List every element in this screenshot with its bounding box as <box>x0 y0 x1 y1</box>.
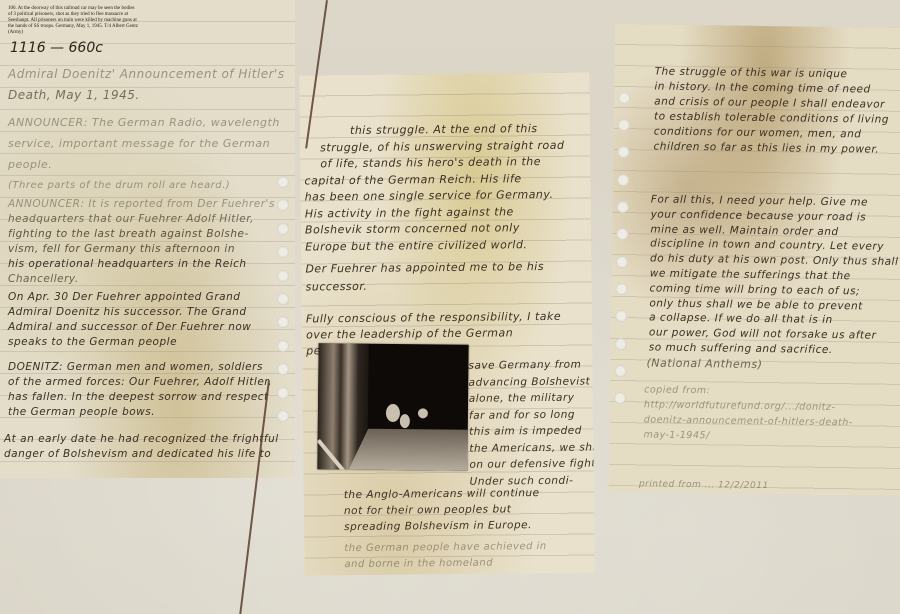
struggle-line: of life, stands his hero's death in the <box>320 154 564 173</box>
appointment-block: On Apr. 30 Der Fuehrer appointed Grand A… <box>8 290 251 350</box>
title-block: Admiral Doenitz' Announcement of Hitler'… <box>8 64 285 106</box>
photo-figure <box>386 404 400 422</box>
successor-block: Der Fuehrer has appointed me to be his s… <box>305 258 544 296</box>
announcer2-line: vism, fell for Germany this afternoon in <box>8 242 275 257</box>
beside-photo-line: alone, the military <box>469 389 595 407</box>
anthem-note: (National Anthems) <box>646 352 762 375</box>
early-date-line: danger of Bolshevism and dedicated his l… <box>4 447 279 462</box>
struggle-line: has been one single service for Germany. <box>305 187 565 206</box>
announcer2-line: headquarters that our Fuehrer Adolf Hitl… <box>8 212 275 227</box>
right-struggle-line: children so far as this lies in my power… <box>653 139 888 157</box>
beside-photo-line: far and for so long <box>469 406 595 424</box>
binding-hole <box>277 246 289 258</box>
beside-photo-line: advancing Bolshevist <box>469 373 595 391</box>
binding-hole <box>615 338 627 350</box>
beside-photo-block: save Germany from advancing Bolshevist a… <box>468 356 594 489</box>
binding-hole <box>617 146 629 158</box>
doenitz-line: DOENITZ: German men and women, soldiers <box>8 360 272 375</box>
binding-hole <box>617 174 629 186</box>
stage-direction-text: (Three parts of the drum roll are heard.… <box>8 175 230 196</box>
photo-floor <box>347 429 469 471</box>
announcer-block: ANNOUNCER: The German Radio, wavelength … <box>8 112 280 175</box>
closing-block: the German people have achieved in and b… <box>344 539 547 573</box>
binding-holes <box>614 64 633 432</box>
beside-photo-line: save Germany from <box>468 356 594 374</box>
binding-hole <box>614 365 626 377</box>
announcer-line: service, important message for the Germa… <box>8 133 280 154</box>
stage-direction: (Three parts of the drum roll are heard.… <box>8 175 230 196</box>
catalog-number: 1116 — 660c <box>10 40 103 56</box>
help-block: For all this, I need your help. Give me … <box>649 192 900 358</box>
appointment-line: Admiral and successor of Der Fuehrer now <box>8 320 251 335</box>
left-notebook-page: 106. At the doorway of this railroad car… <box>0 0 295 478</box>
after-photo-line: spreading Bolshevism in Europe. <box>344 517 540 535</box>
photo-caption-stamp: 106. At the doorway of this railroad car… <box>8 6 138 36</box>
doenitz-line: has fallen. In the deepest sorrow and re… <box>8 390 272 405</box>
doenitz-block: DOENITZ: German men and women, soldiers … <box>8 360 272 420</box>
title-line: Admiral Doenitz' Announcement of Hitler'… <box>8 64 285 85</box>
announcer2-line: his operational headquarters in the Reic… <box>8 257 275 272</box>
announcer-line: ANNOUNCER: The German Radio, wavelength <box>8 112 280 133</box>
binding-hole <box>614 392 626 404</box>
successor-line: Der Fuehrer has appointed me to be his <box>305 258 544 278</box>
binding-hole <box>615 283 627 295</box>
early-date-line: At an early date he had recognized the f… <box>4 432 279 447</box>
announcer2-block: ANNOUNCER: It is reported from Der Fuehr… <box>8 197 275 287</box>
closing-line: and borne in the homeland <box>344 555 547 573</box>
announcer2-line: fighting to the last breath against Bols… <box>8 227 275 242</box>
announcer-line: people. <box>8 154 280 175</box>
binding-hole <box>277 199 289 211</box>
binding-hole <box>616 256 628 268</box>
announcer2-line: ANNOUNCER: It is reported from Der Fuehr… <box>8 197 275 212</box>
binding-hole <box>616 228 628 240</box>
middle-notebook-page: this struggle. At the end of this strugg… <box>299 72 594 575</box>
after-photo-block: the Anglo-Americans will continue not fo… <box>344 485 540 535</box>
binding-hole <box>277 410 289 422</box>
source-line: may-1-1945/ <box>643 427 852 445</box>
closing-line: the German people have achieved in <box>344 539 547 557</box>
beside-photo-line: on our defensive fight <box>469 455 594 473</box>
source-block: copied from: http://worldfuturefund.org/… <box>643 382 853 445</box>
binding-hole <box>277 223 289 235</box>
responsibility-line: Fully conscious of the responsibility, I… <box>306 309 561 328</box>
binding-hole <box>617 201 629 213</box>
doenitz-line: the German people bows. <box>8 405 272 420</box>
binding-hole <box>277 316 289 328</box>
successor-line: successor. <box>306 276 545 296</box>
announcer2-line: Chancellery. <box>8 272 275 287</box>
binding-holes <box>277 150 291 448</box>
binding-hole <box>277 363 289 375</box>
beside-photo-line: this aim is impeded <box>469 422 595 440</box>
anthem-text: (National Anthems) <box>646 352 762 375</box>
appointment-line: Admiral Doenitz his successor. The Grand <box>8 305 251 320</box>
title-line: Death, May 1, 1945. <box>8 85 285 106</box>
binding-hole <box>615 310 627 322</box>
doenitz-line: of the armed forces: Our Fuehrer, Adolf … <box>8 375 272 390</box>
appointment-line: On Apr. 30 Der Fuehrer appointed Grand <box>8 290 251 305</box>
binding-hole <box>277 176 289 188</box>
photo-figure <box>400 414 410 428</box>
right-struggle-block: The struggle of this war is unique in hi… <box>653 64 889 157</box>
binding-hole <box>277 340 289 352</box>
binding-hole <box>277 293 289 305</box>
appointment-line: speaks to the German people <box>8 335 251 350</box>
right-notebook-page: The struggle of this war is unique in hi… <box>609 24 900 496</box>
binding-hole <box>277 270 289 282</box>
struggle-block: this struggle. At the end of this strugg… <box>320 121 566 256</box>
early-date-block: At an early date he had recognized the f… <box>4 432 279 462</box>
railroad-car-photograph <box>317 343 468 471</box>
struggle-line: Europe but the entire civilized world. <box>305 236 565 255</box>
photo-figure <box>418 408 428 418</box>
beside-photo-line: the Americans, we shall <box>469 439 594 457</box>
binding-hole <box>618 119 630 131</box>
binding-hole <box>277 387 289 399</box>
binding-hole <box>618 92 630 104</box>
struggle-line: this struggle. At the end of this <box>320 121 564 140</box>
